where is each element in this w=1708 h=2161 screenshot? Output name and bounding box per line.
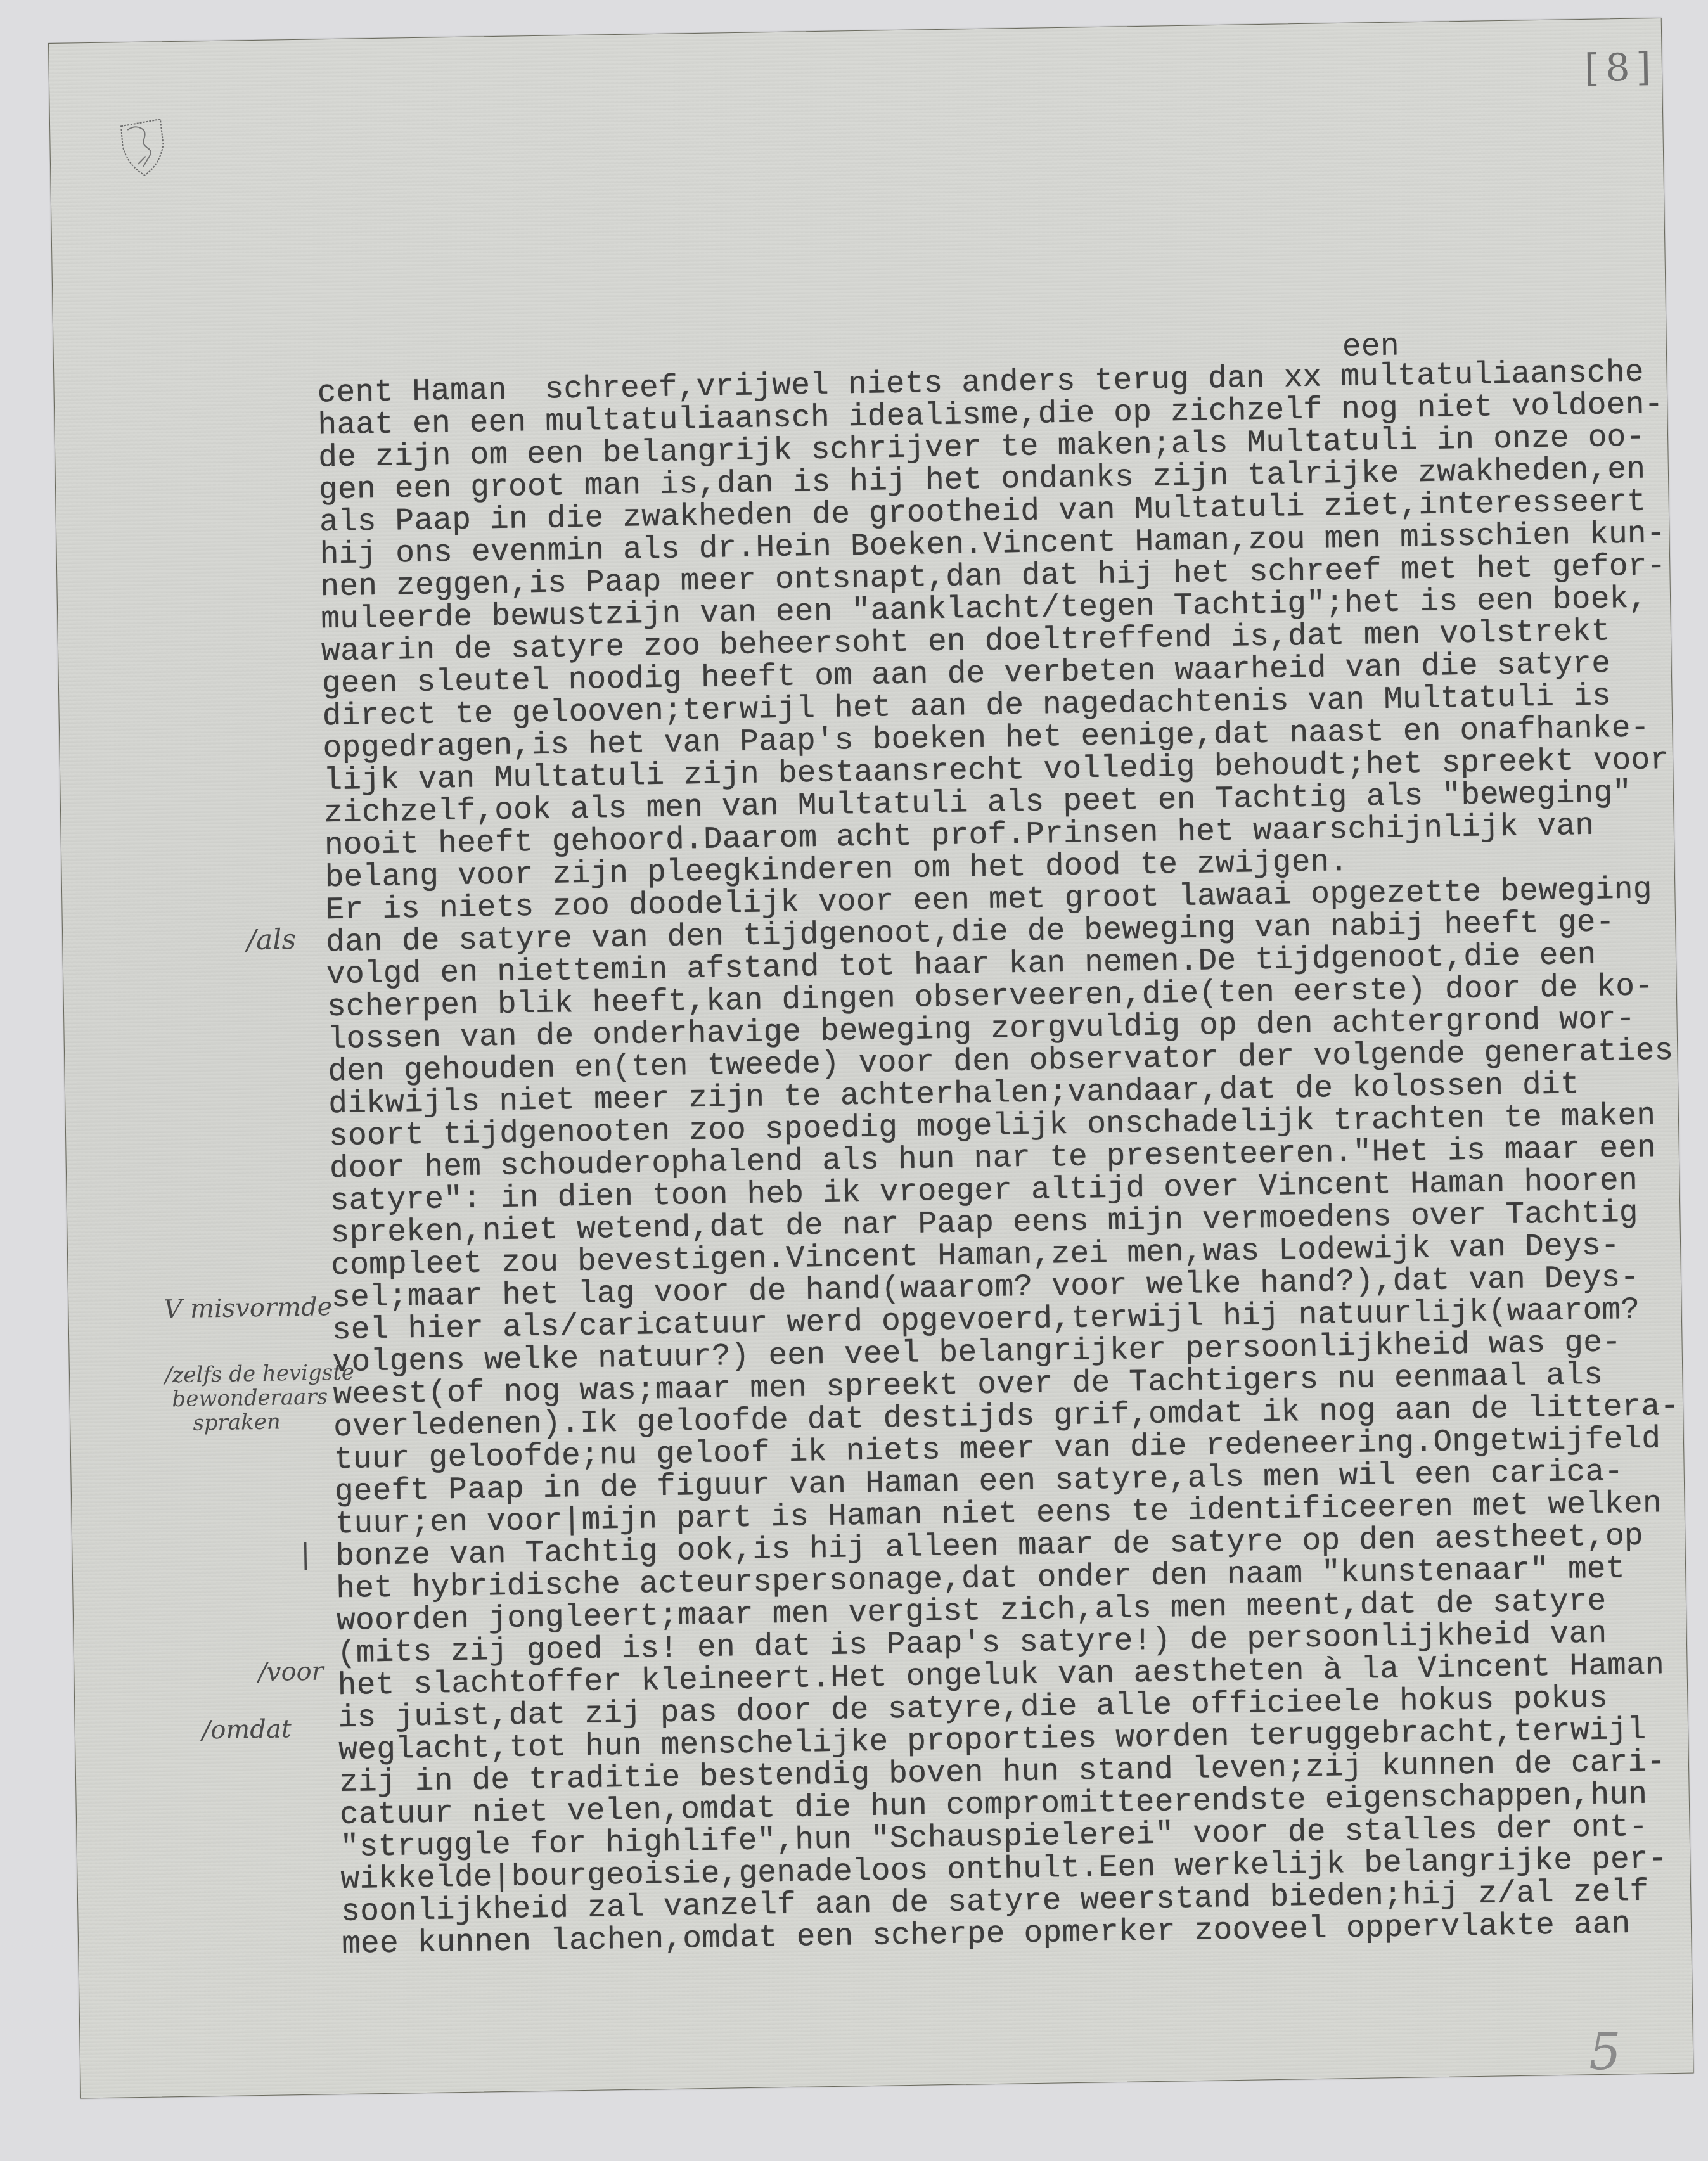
margin-note-als: /als bbox=[247, 927, 296, 953]
margin-note-bar: | bbox=[300, 1542, 310, 1567]
margin-note-misvormde: V misvormde bbox=[164, 1294, 332, 1322]
bottom-page-mark: 5 bbox=[1588, 2022, 1621, 2081]
typescript-page: [8] 5 een cent Haman schreef,vrijwel nie… bbox=[48, 18, 1694, 2099]
shield-stamp-icon bbox=[119, 117, 167, 178]
typescript-body: een cent Haman schreef,vrijwel niets and… bbox=[317, 326, 1673, 347]
typescript-lines: cent Haman schreef,vrijwel niets anders … bbox=[317, 356, 1687, 1961]
page-number-mark: [8] bbox=[1584, 45, 1657, 91]
margin-note-omdat: /omdat bbox=[202, 1716, 292, 1743]
margin-note-zelfs-de-hevigste: /zelfs de hevigste bewonderaars spraken bbox=[165, 1361, 356, 1436]
margin-note-voor: /voor bbox=[258, 1658, 324, 1685]
